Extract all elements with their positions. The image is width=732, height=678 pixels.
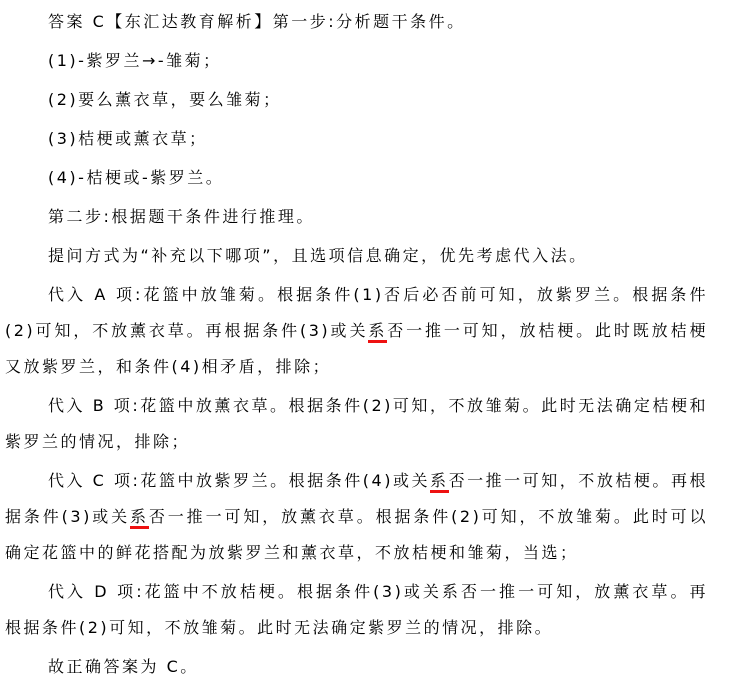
text-run: (4)-桔梗或-紫罗兰。 [48,168,224,187]
text-run: 代入 B 项:花篮中放薰衣草。根据条件(2)可知，不放雏菊。此时无法确定桔梗和紫… [5,396,708,451]
paragraph: 提问方式为“补充以下哪项”，且选项信息确定，优先考虑代入法。 [5,238,708,274]
text-run: 第二步:根据题干条件进行推理。 [48,207,315,226]
text-run: 代入 D 项:花篮中不放桔梗。根据条件(3)或关系否一推一可知，放薰衣草。再根据… [5,582,708,637]
paragraph: (2)要么薰衣草，要么雏菊； [5,82,708,118]
text-run: (1)-紫罗兰→-雏菊； [48,51,222,70]
paragraph: 答案 C【东汇达教育解析】第一步:分析题干条件。 [5,4,708,40]
paragraph: 代入 D 项:花篮中不放桔梗。根据条件(3)或关系否一推一可知，放薰衣草。再根据… [5,574,708,646]
text-run: (2)要么薰衣草，要么雏菊； [48,90,282,109]
spellcheck-underlined-text: 系 [368,321,387,343]
text-run: 答案 C【东汇达教育解析】第一步:分析题干条件。 [48,12,466,31]
paragraph: (4)-桔梗或-紫罗兰。 [5,160,708,196]
spellcheck-underlined-text: 系 [130,507,149,529]
paragraph: (3)桔梗或薰衣草； [5,121,708,157]
paragraph: 故正确答案为 C。 [5,649,708,678]
spellcheck-underlined-text: 系 [430,471,449,493]
paragraph: 第二步:根据题干条件进行推理。 [5,199,708,235]
text-run: 提问方式为“补充以下哪项”，且选项信息确定，优先考虑代入法。 [48,246,588,265]
paragraph: 代入 A 项:花篮中放雏菊。根据条件(1)否后必否前可知，放紫罗兰。根据条件(2… [5,277,708,385]
text-run: 故正确答案为 C。 [48,657,199,676]
paragraph: 代入 B 项:花篮中放薰衣草。根据条件(2)可知，不放雏菊。此时无法确定桔梗和紫… [5,388,708,460]
document-body: 答案 C【东汇达教育解析】第一步:分析题干条件。(1)-紫罗兰→-雏菊；(2)要… [5,4,708,678]
document-page: 答案 C【东汇达教育解析】第一步:分析题干条件。(1)-紫罗兰→-雏菊；(2)要… [0,0,732,678]
text-run: (3)桔梗或薰衣草； [48,129,208,148]
text-run: 代入 C 项:花篮中放紫罗兰。根据条件(4)或关 [48,471,430,490]
paragraph: 代入 C 项:花篮中放紫罗兰。根据条件(4)或关系否一推一可知，不放桔梗。再根据… [5,463,708,571]
paragraph: (1)-紫罗兰→-雏菊； [5,43,708,79]
